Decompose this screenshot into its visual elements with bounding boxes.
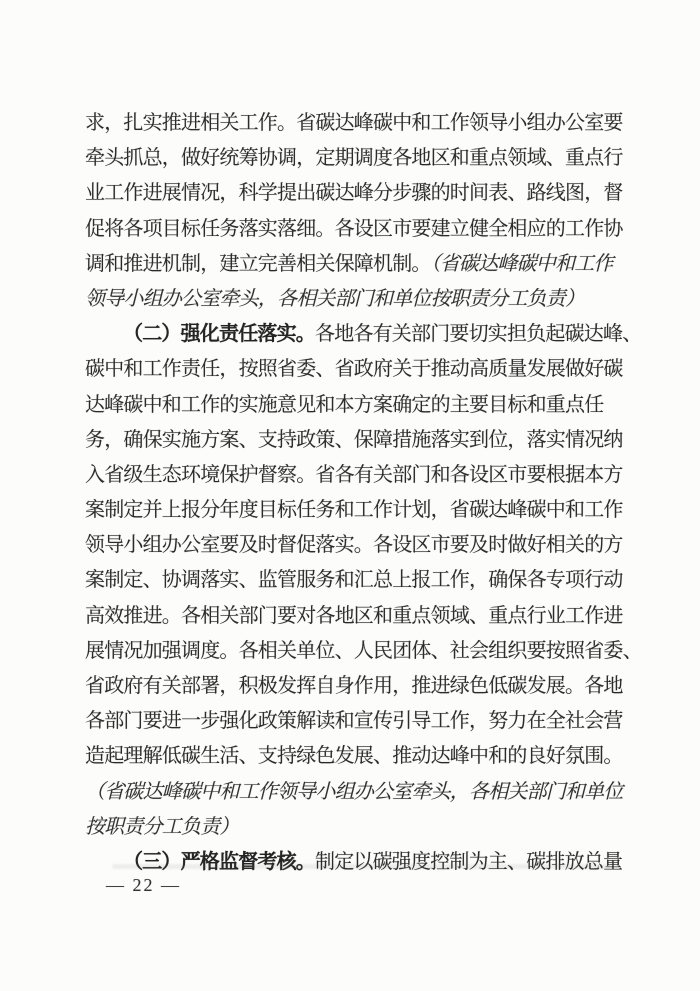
document-page: 求，扎实推进相关工作。省碳达峰碳中和工作领导小组办公室要牵头抓总，做好统筹协调，… bbox=[0, 0, 700, 991]
text-line: 业工作进展情况，科学提出碳达峰分步骤的时间表、路线图，督 bbox=[85, 176, 625, 211]
text-line: 领导小组办公室要及时督促落实。各设区市要及时做好相关的方 bbox=[85, 528, 625, 563]
body-text: 促将各项目标任务落实落细。各设区市要建立健全相应的工作协 bbox=[85, 218, 623, 240]
text-line: （省碳达峰碳中和工作领导小组办公室牵头，各相关部门和单位 bbox=[85, 775, 625, 810]
body-text: 制定以碳强度控制为主、碳排放总量 bbox=[315, 851, 622, 873]
body-text: 牵头抓总，做好统筹协调，定期调度各地区和重点领域、重点行 bbox=[85, 147, 623, 169]
body-text: 入省级生态环境保护督察。省各有关部门和各设区市要根据本方 bbox=[85, 464, 623, 486]
attribution-text: （省碳达峰碳中和工作领导小组办公室牵头，各相关部门和单位 bbox=[85, 781, 623, 803]
body-text: 务，确保实施方案、支持政策、保障措施落实到位，落实情况纳 bbox=[85, 429, 623, 451]
text-line: 各部门要进一步强化政策解读和宣传引导工作，努力在全社会营 bbox=[85, 704, 625, 739]
text-line: 碳中和工作责任，按照省委、省政府关于推动高质量发展做好碳 bbox=[85, 352, 625, 387]
body-text: 达峰碳中和工作的实施意见和本方案确定的主要目标和重点任 bbox=[85, 394, 603, 416]
body-text: 各部门要进一步强化政策解读和宣传引导工作，努力在全社会营 bbox=[85, 710, 623, 732]
body-text: 案制定、协调落实、监管服务和汇总上报工作，确保各专项行动 bbox=[85, 569, 623, 591]
text-line: 案制定、协调落实、监管服务和汇总上报工作，确保各专项行动 bbox=[85, 563, 625, 598]
scan-smudge-artifact bbox=[112, 864, 610, 869]
body-text: 省政府有关部署，积极发挥自身作用，推进绿色低碳发展。各地 bbox=[85, 675, 623, 697]
page-number: — 22 — bbox=[106, 872, 181, 898]
text-line: 达峰碳中和工作的实施意见和本方案确定的主要目标和重点任 bbox=[85, 388, 625, 423]
body-text: 调和推进机制，建立完善相关保障机制。 bbox=[85, 253, 431, 275]
attribution-text: 按职责分工负责） bbox=[85, 816, 239, 838]
attribution-text: 领导小组办公室牵头，各相关部门和单位按职责分工负责） bbox=[85, 288, 584, 310]
text-line: （二）强化责任落实。各地各有关部门要切实担负起碳达峰、 bbox=[85, 317, 625, 352]
text-line: 领导小组办公室牵头，各相关部门和单位按职责分工负责） bbox=[85, 282, 625, 317]
text-line: 省政府有关部署，积极发挥自身作用，推进绿色低碳发展。各地 bbox=[85, 669, 625, 704]
text-line: 案制定并上报分年度目标任务和工作计划，省碳达峰碳中和工作 bbox=[85, 493, 625, 528]
body-text: 各地各有关部门要切实担负起碳达峰、 bbox=[315, 323, 641, 345]
body-text: 高效推进。各相关部门要对各地区和重点领域、重点行业工作进 bbox=[85, 605, 623, 627]
section-heading: （二）强化责任落实。 bbox=[123, 323, 315, 345]
text-line: 入省级生态环境保护督察。省各有关部门和各设区市要根据本方 bbox=[85, 458, 625, 493]
text-line: 按职责分工负责） bbox=[85, 810, 625, 845]
text-line: 务，确保实施方案、支持政策、保障措施落实到位，落实情况纳 bbox=[85, 423, 625, 458]
body-text: 领导小组办公室要及时督促落实。各设区市要及时做好相关的方 bbox=[85, 534, 623, 556]
text-line: 展情况加强调度。各相关单位、人民团体、社会组织要按照省委、 bbox=[85, 634, 625, 669]
attribution-text: （省碳达峰碳中和工作 bbox=[431, 253, 613, 275]
document-body: 求，扎实推进相关工作。省碳达峰碳中和工作领导小组办公室要牵头抓总，做好统筹协调，… bbox=[85, 106, 625, 880]
body-text: 展情况加强调度。各相关单位、人民团体、社会组织要按照省委、 bbox=[85, 640, 642, 662]
section-heading: （三）严格监督考核。 bbox=[123, 851, 315, 873]
body-text: 造起理解低碳生活、支持绿色发展、推动达峰中和的良好氛围。 bbox=[85, 745, 623, 767]
text-line: 调和推进机制，建立完善相关保障机制。（省碳达峰碳中和工作 bbox=[85, 247, 625, 282]
body-text: 业工作进展情况，科学提出碳达峰分步骤的时间表、路线图，督 bbox=[85, 182, 623, 204]
text-line: 高效推进。各相关部门要对各地区和重点领域、重点行业工作进 bbox=[85, 599, 625, 634]
body-text: 案制定并上报分年度目标任务和工作计划，省碳达峰碳中和工作 bbox=[85, 499, 623, 521]
text-line: 促将各项目标任务落实落细。各设区市要建立健全相应的工作协 bbox=[85, 212, 625, 247]
text-line: 牵头抓总，做好统筹协调，定期调度各地区和重点领域、重点行 bbox=[85, 141, 625, 176]
text-line: 求，扎实推进相关工作。省碳达峰碳中和工作领导小组办公室要 bbox=[85, 106, 625, 141]
body-text: 碳中和工作责任，按照省委、省政府关于推动高质量发展做好碳 bbox=[85, 358, 623, 380]
body-text: 求，扎实推进相关工作。省碳达峰碳中和工作领导小组办公室要 bbox=[85, 112, 623, 134]
text-line: 造起理解低碳生活、支持绿色发展、推动达峰中和的良好氛围。 bbox=[85, 739, 625, 774]
